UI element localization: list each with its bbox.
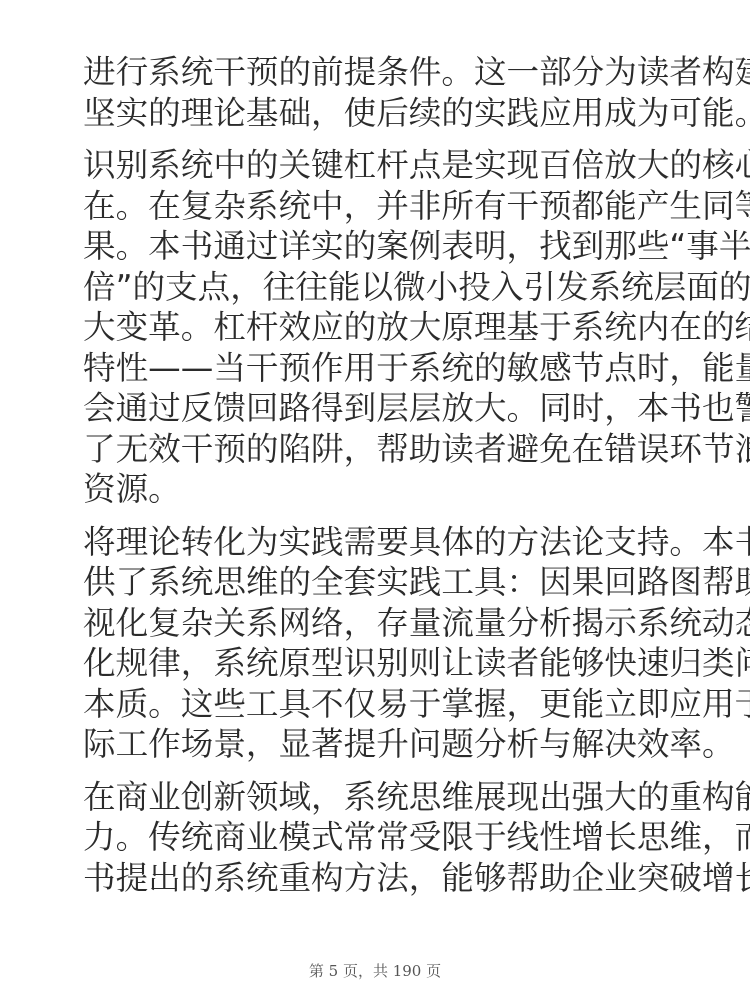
text-line: 书提出的系统重构方法，能够帮助企业突破增长瓶 xyxy=(83,858,675,899)
text-line: 识别系统中的关键杠杆点是实现百倍放大的核心所 xyxy=(83,145,675,186)
paragraph-4: 在商业创新领域，系统思维展现出强大的重构能 力。传统商业模式常常受限于线性增长思… xyxy=(83,777,675,899)
text-line: 倍”的支点，往往能以微小投入引发系统层面的重 xyxy=(83,267,675,308)
text-line: 果。本书通过详实的案例表明，找到那些“事半功 xyxy=(83,226,675,267)
text-line: 会通过反馈回路得到层层放大。同时，本书也警示 xyxy=(83,388,675,429)
text-line: 在商业创新领域，系统思维展现出强大的重构能 xyxy=(83,777,675,818)
text-line: 了无效干预的陷阱，帮助读者避免在错误环节浪费 xyxy=(83,429,675,470)
text-line: 大变革。杠杆效应的放大原理基于系统内在的结构 xyxy=(83,307,675,348)
text-line: 特性——当干预作用于系统的敏感节点时，能量 xyxy=(83,348,675,389)
text-line: 视化复杂关系网络，存量流量分析揭示系统动态变 xyxy=(83,603,675,644)
text-line: 将理论转化为实践需要具体的方法论支持。本书提 xyxy=(83,522,675,563)
text-line: 化规律，系统原型识别则让读者能够快速归类问题 xyxy=(83,643,675,684)
paragraph-2: 识别系统中的关键杠杆点是实现百倍放大的核心所 在。在复杂系统中，并非所有干预都能… xyxy=(83,145,675,510)
text-line: 际工作场景，显著提升问题分析与解决效率。 xyxy=(83,724,675,765)
text-line: 在。在复杂系统中，并非所有干预都能产生同等效 xyxy=(83,186,675,227)
text-line: 本质。这些工具不仅易于掌握，更能立即应用于实 xyxy=(83,684,675,725)
document-page: 进行系统干预的前提条件。这一部分为读者构建了 坚实的理论基础，使后续的实践应用成… xyxy=(83,52,675,910)
text-line: 资源。 xyxy=(83,469,675,510)
text-line: 进行系统干预的前提条件。这一部分为读者构建了 xyxy=(83,52,675,93)
paragraph-1: 进行系统干预的前提条件。这一部分为读者构建了 坚实的理论基础，使后续的实践应用成… xyxy=(83,52,675,133)
text-line: 力。传统商业模式常常受限于线性增长思维，而本 xyxy=(83,817,675,858)
paragraph-3: 将理论转化为实践需要具体的方法论支持。本书提 供了系统思维的全套实践工具：因果回… xyxy=(83,522,675,765)
page-indicator: 第 5 页，共 190 页 xyxy=(0,960,750,981)
text-line: 坚实的理论基础，使后续的实践应用成为可能。 xyxy=(83,93,675,134)
text-line: 供了系统思维的全套实践工具：因果回路图帮助可 xyxy=(83,562,675,603)
